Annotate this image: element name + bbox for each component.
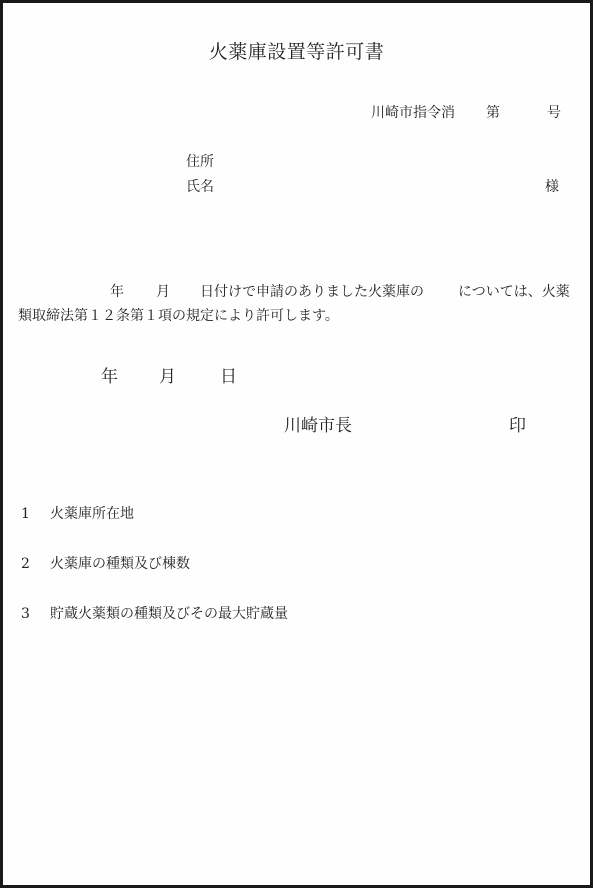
item-2-label: 火薬庫の種類及び棟数 [50,557,190,571]
name-label: 氏名 [186,180,214,194]
reference-go: 号 [547,106,561,120]
body-year: 年 [110,284,124,300]
issuer-seal: 印 [509,418,526,435]
permit-document: 火薬庫設置等許可書 川崎市指令消 第 号 住所 氏名 様 年月日付けで申請のあり… [0,0,593,888]
document-title: 火薬庫設置等許可書 [3,43,590,62]
issuer-title: 川崎市長 [284,418,352,435]
issue-month: 月 [159,369,176,386]
issue-year: 年 [101,369,118,386]
item-1-label: 火薬庫所在地 [50,507,134,521]
item-2-number: 2 [21,557,30,571]
item-3-label: 貯蔵火薬類の種類及びその最大貯蔵量 [50,607,288,621]
issue-day: 日 [220,369,237,386]
body-month: 月 [156,284,170,300]
body-paragraph: 年月日付けで申請のありました火薬庫のについては、火薬類取締法第１２条第１項の規定… [18,280,583,328]
item-3-number: 3 [21,607,30,621]
body-day-text: 日付けで申請のありました火薬庫の [200,284,424,300]
item-1-number: 1 [21,507,30,521]
reference-prefix: 川崎市指令消 [371,106,455,120]
reference-dai: 第 [486,106,500,120]
honorific: 様 [545,180,559,194]
address-label: 住所 [186,155,214,169]
